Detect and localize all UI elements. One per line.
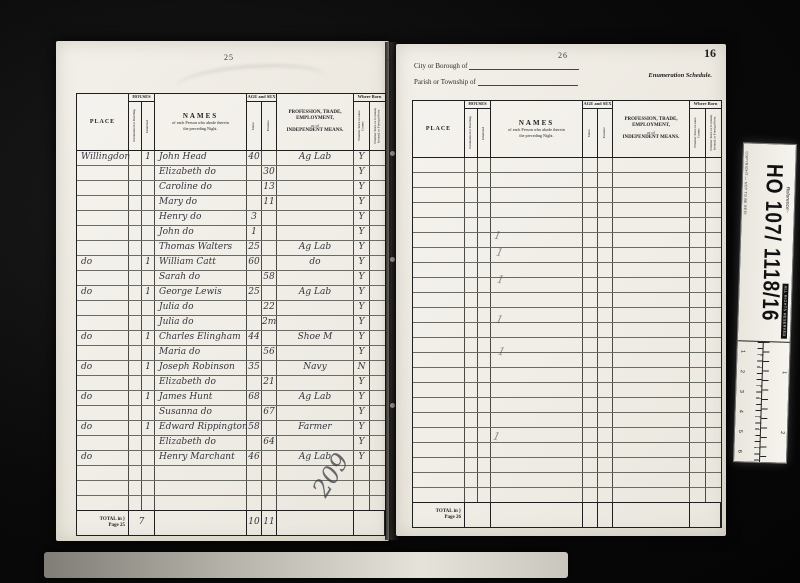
age-male-cell — [583, 338, 598, 352]
born-elsewhere-cell — [706, 173, 721, 187]
total-females-value — [598, 503, 613, 527]
profession-cell: Shoe M — [277, 331, 354, 345]
age-female-cell — [598, 428, 613, 442]
total-label-l2: Page 26 — [444, 515, 461, 522]
header-born-county-label: Whether Born in same County — [694, 113, 701, 153]
inhabited-cell — [478, 443, 491, 457]
census-record-row: do1Edward Rippington58FarmerY — [77, 421, 385, 436]
uninhabited-cell — [129, 301, 142, 315]
inhabited-cell — [142, 451, 155, 465]
age-female-cell — [598, 248, 613, 262]
folio-number: 16 — [704, 46, 716, 61]
total-label: TOTAL in } Page 25 — [77, 511, 129, 535]
header-profession: PROFESSION, TRADE, EMPLOYMENT, or of IND… — [613, 101, 690, 157]
inhabited-cell — [142, 316, 155, 330]
name-cell: John do — [155, 226, 247, 240]
age-female-cell — [262, 466, 277, 480]
age-male-cell: 40 — [247, 151, 262, 165]
inhabited-cell — [142, 481, 155, 495]
total-houses-value: 7 — [129, 511, 155, 535]
enumeration-schedule-label: Enumeration Schedule. — [648, 72, 712, 79]
inhabited-cell — [478, 473, 491, 487]
place-cell: do — [77, 421, 129, 435]
name-cell: Julia do — [155, 301, 247, 315]
inhabited-cell — [478, 308, 491, 322]
header-inhabited-label: Inhabited — [482, 127, 486, 140]
profession-cell — [613, 248, 690, 262]
registration-dash-mark: = — [388, 296, 393, 306]
census-page-right: 26 16 City or Borough of Parish or Towns… — [396, 44, 726, 536]
age-male-cell: 44 — [247, 331, 262, 345]
born-elsewhere-cell — [706, 203, 721, 217]
profession-cell — [613, 413, 690, 427]
born-elsewhere-cell — [370, 271, 385, 285]
age-male-cell — [583, 203, 598, 217]
profession-cell — [613, 278, 690, 292]
age-male-cell — [247, 166, 262, 180]
age-female-cell: 64 — [262, 436, 277, 450]
strip-ruler: 12 123456 — [734, 340, 790, 463]
age-male-cell — [583, 473, 598, 487]
born-elsewhere-cell — [706, 278, 721, 292]
age-female-cell — [262, 481, 277, 495]
census-record-row — [413, 413, 721, 428]
born-elsewhere-cell — [706, 248, 721, 262]
census-record-row: Mary do11Y — [77, 196, 385, 211]
name-cell: Caroline do — [155, 181, 247, 195]
header-age-sex: AGE and SEX Males Females — [247, 94, 277, 150]
name-cell — [491, 398, 583, 412]
uninhabited-cell — [129, 196, 142, 210]
born-county-cell — [690, 428, 706, 442]
uninhabited-cell — [465, 203, 478, 217]
total-born-spacer — [690, 503, 721, 527]
place-cell — [77, 376, 129, 390]
census-record-row — [413, 458, 721, 473]
name-cell — [491, 203, 583, 217]
name-cell: George Lewis — [155, 286, 247, 300]
inhabited-cell — [478, 218, 491, 232]
total-males-value — [583, 503, 598, 527]
age-female-cell — [598, 233, 613, 247]
age-female-cell — [598, 263, 613, 277]
header-males-label: Males — [588, 129, 592, 137]
header-females-label: Females — [603, 127, 607, 138]
census-record-row — [413, 323, 721, 338]
place-cell: do — [77, 256, 129, 270]
header-age-sex-label: AGE and SEX — [583, 101, 612, 109]
profession-cell — [277, 166, 354, 180]
inhabited-cell — [142, 466, 155, 480]
census-record-row — [413, 158, 721, 173]
age-female-cell — [598, 383, 613, 397]
profession-cell — [613, 308, 690, 322]
born-elsewhere-cell — [370, 316, 385, 330]
profession-cell — [277, 181, 354, 195]
header-place: PLACE — [413, 101, 465, 157]
inhabited-cell — [478, 158, 491, 172]
born-elsewhere-cell — [370, 211, 385, 225]
profession-cell — [613, 353, 690, 367]
age-female-cell — [262, 211, 277, 225]
name-cell — [491, 353, 583, 367]
age-male-cell — [247, 271, 262, 285]
inhabited-cell: 1 — [142, 391, 155, 405]
age-female-cell — [598, 293, 613, 307]
age-male-cell — [583, 398, 598, 412]
profession-cell — [613, 263, 690, 277]
age-male-cell — [583, 188, 598, 202]
parish-township-line: Parish or Township of — [414, 78, 578, 86]
born-elsewhere-cell — [370, 406, 385, 420]
film-reference-strip: Reference:- HO 107/ 1118/16 ALL RIGHTS R… — [733, 142, 797, 464]
age-male-cell — [583, 293, 598, 307]
place-cell — [413, 203, 465, 217]
name-cell: James Hunt — [155, 391, 247, 405]
inhabited-cell — [142, 271, 155, 285]
inhabited-cell — [478, 248, 491, 262]
profession-cell — [613, 158, 690, 172]
born-elsewhere-cell — [370, 481, 385, 495]
place-cell — [413, 368, 465, 382]
age-male-cell: 58 — [247, 421, 262, 435]
inhabited-cell: 1 — [142, 286, 155, 300]
born-elsewhere-cell — [370, 241, 385, 255]
census-record-row: do1George Lewis25Ag LabY — [77, 286, 385, 301]
header-profession: PROFESSION, TRADE, EMPLOYMENT, or of IND… — [277, 94, 354, 150]
name-cell — [491, 248, 583, 262]
born-county-cell — [690, 443, 706, 457]
uninhabited-cell — [129, 166, 142, 180]
born-county-cell — [690, 353, 706, 367]
place-cell — [413, 338, 465, 352]
uninhabited-cell — [465, 458, 478, 472]
profession-cell — [613, 488, 690, 502]
age-female-cell — [262, 361, 277, 375]
age-male-cell — [583, 458, 598, 472]
born-county-cell — [690, 278, 706, 292]
census-record-row: Henry do3Y — [77, 211, 385, 226]
ruler-number: 2 — [779, 431, 785, 434]
census-record-row: do1William Catt60doY — [77, 256, 385, 271]
born-county-cell: Y — [354, 436, 370, 450]
uninhabited-cell — [129, 226, 142, 240]
name-cell — [491, 488, 583, 502]
header-born-elsewhere-label: Whether Born in Scotland, Ireland, or Fo… — [374, 106, 381, 146]
profession-cell — [277, 496, 354, 510]
name-cell — [491, 293, 583, 307]
uninhabited-cell — [465, 158, 478, 172]
header-profession-l4: INDEPENDENT MEANS. — [287, 128, 344, 134]
place-cell — [413, 398, 465, 412]
census-record-row — [413, 173, 721, 188]
uninhabited-cell — [465, 308, 478, 322]
ruler-number: 5 — [737, 430, 743, 433]
uninhabited-cell — [129, 241, 142, 255]
born-county-cell: Y — [354, 211, 370, 225]
parish-township-label: Parish or Township of — [414, 78, 476, 86]
profession-cell — [613, 338, 690, 352]
profession-cell — [613, 233, 690, 247]
profession-cell — [277, 406, 354, 420]
inhabited-cell — [478, 458, 491, 472]
name-cell: Edward Rippington — [155, 421, 247, 435]
born-county-cell — [690, 323, 706, 337]
age-male-cell — [247, 196, 262, 210]
uninhabited-cell — [129, 181, 142, 195]
inhabited-cell — [478, 413, 491, 427]
age-female-cell — [598, 338, 613, 352]
census-record-row: Elizabeth do64Y — [77, 436, 385, 451]
inhabited-cell — [142, 166, 155, 180]
place-cell — [413, 458, 465, 472]
born-elsewhere-cell — [706, 368, 721, 382]
ruler-number: 1 — [739, 350, 745, 353]
age-male-cell — [583, 308, 598, 322]
age-male-cell — [583, 443, 598, 457]
age-male-cell — [583, 278, 598, 292]
uninhabited-cell — [465, 383, 478, 397]
age-female-cell: 56 — [262, 346, 277, 360]
census-record-row — [413, 203, 721, 218]
census-record-row — [413, 308, 721, 323]
uninhabited-cell — [465, 443, 478, 457]
name-cell: Henry do — [155, 211, 247, 225]
name-cell — [491, 413, 583, 427]
age-male-cell — [583, 218, 598, 232]
inhabited-cell — [142, 196, 155, 210]
binding-hole — [390, 257, 395, 262]
born-elsewhere-cell — [706, 488, 721, 502]
place-cell — [77, 436, 129, 450]
place-cell: do — [77, 361, 129, 375]
age-male-cell — [247, 376, 262, 390]
born-county-cell: Y — [354, 406, 370, 420]
profession-cell — [613, 473, 690, 487]
name-cell: Henry Marchant — [155, 451, 247, 465]
born-county-cell: Y — [354, 151, 370, 165]
name-cell — [491, 458, 583, 472]
inhabited-cell — [478, 278, 491, 292]
age-female-cell — [598, 203, 613, 217]
born-county-cell: Y — [354, 376, 370, 390]
profession-cell — [613, 383, 690, 397]
inhabited-cell — [478, 428, 491, 442]
inhabited-cell — [478, 338, 491, 352]
inhabited-cell — [478, 233, 491, 247]
ruler-number: 6 — [736, 450, 742, 453]
age-female-cell — [598, 218, 613, 232]
age-male-cell: 46 — [247, 451, 262, 465]
age-female-cell: 22 — [262, 301, 277, 315]
name-cell: Susanna do — [155, 406, 247, 420]
born-elsewhere-cell — [706, 233, 721, 247]
place-cell — [413, 323, 465, 337]
uninhabited-cell — [129, 481, 142, 495]
uninhabited-cell — [129, 331, 142, 345]
place-cell: do — [77, 331, 129, 345]
city-borough-label: City or Borough of — [414, 62, 467, 70]
header-where-born-label: Where Born — [690, 101, 721, 109]
lower-page-edge — [44, 552, 568, 578]
age-male-cell: 25 — [247, 241, 262, 255]
born-county-cell — [690, 308, 706, 322]
census-record-row — [413, 278, 721, 293]
age-male-cell — [583, 368, 598, 382]
born-county-cell — [354, 481, 370, 495]
inhabited-cell — [478, 398, 491, 412]
age-male-cell — [247, 481, 262, 495]
header-uninhabited-label: Uninhabited or Building — [469, 116, 473, 149]
profession-cell — [277, 376, 354, 390]
census-record-row — [413, 443, 721, 458]
ruler-cm-scale: 123456 — [734, 341, 764, 462]
age-female-cell — [598, 368, 613, 382]
age-female-cell — [598, 488, 613, 502]
uninhabited-cell — [129, 361, 142, 375]
inhabited-cell — [478, 488, 491, 502]
profession-cell — [277, 226, 354, 240]
born-county-cell — [354, 466, 370, 480]
born-county-cell — [354, 496, 370, 510]
age-female-cell: 67 — [262, 406, 277, 420]
place-cell — [413, 173, 465, 187]
page-number-left: 25 — [224, 53, 234, 62]
born-elsewhere-cell — [370, 391, 385, 405]
inhabited-cell — [478, 173, 491, 187]
place-cell — [77, 301, 129, 315]
name-cell: Joseph Robinson — [155, 361, 247, 375]
born-county-cell: Y — [354, 241, 370, 255]
profession-cell: Farmer — [277, 421, 354, 435]
age-female-cell — [262, 331, 277, 345]
inhabited-cell — [142, 376, 155, 390]
profession-cell — [613, 293, 690, 307]
total-houses-value — [465, 503, 491, 527]
born-county-cell: Y — [354, 346, 370, 360]
census-record-row: Elizabeth do21Y — [77, 376, 385, 391]
uninhabited-cell — [465, 353, 478, 367]
born-county-cell — [690, 218, 706, 232]
total-born-spacer — [354, 511, 385, 535]
uninhabited-cell — [465, 338, 478, 352]
total-label-l2: Page 25 — [108, 523, 125, 530]
census-record-row — [413, 488, 721, 502]
born-county-cell — [690, 413, 706, 427]
born-elsewhere-cell — [370, 181, 385, 195]
census-record-row — [413, 188, 721, 203]
inhabited-cell — [478, 383, 491, 397]
born-elsewhere-cell — [370, 466, 385, 480]
place-cell — [77, 271, 129, 285]
born-county-cell — [690, 188, 706, 202]
inhabited-cell — [142, 301, 155, 315]
census-record-row: Caroline do13Y — [77, 181, 385, 196]
age-female-cell: 58 — [262, 271, 277, 285]
uninhabited-cell — [465, 428, 478, 442]
born-county-cell: Y — [354, 226, 370, 240]
place-cell — [413, 353, 465, 367]
header-houses-label: HOUSES — [129, 94, 154, 102]
age-female-cell — [598, 413, 613, 427]
inhabited-cell: 1 — [142, 331, 155, 345]
born-elsewhere-cell — [370, 361, 385, 375]
census-record-row: Elizabeth do30Y — [77, 166, 385, 181]
name-cell — [155, 481, 247, 495]
uninhabited-cell — [129, 451, 142, 465]
table-header: PLACE HOUSES Uninhabited or Building Inh… — [77, 94, 385, 151]
uninhabited-cell — [465, 173, 478, 187]
ruler-number: 4 — [738, 410, 744, 413]
header-names-sub2: the preceding Night. — [519, 133, 553, 139]
age-male-cell — [583, 353, 598, 367]
inhabited-cell — [142, 496, 155, 510]
place-cell — [413, 263, 465, 277]
name-cell: Charles Elingham — [155, 331, 247, 345]
born-county-cell: Y — [354, 421, 370, 435]
name-cell: Maria do — [155, 346, 247, 360]
inhabited-cell — [478, 293, 491, 307]
total-profession-spacer — [613, 503, 690, 527]
name-cell — [491, 443, 583, 457]
born-elsewhere-cell — [706, 383, 721, 397]
born-county-cell: Y — [354, 286, 370, 300]
born-elsewhere-cell — [370, 196, 385, 210]
header-houses: HOUSES Uninhabited or Building Inhabited — [465, 101, 491, 157]
uninhabited-cell — [465, 323, 478, 337]
place-cell — [413, 278, 465, 292]
profession-cell — [613, 443, 690, 457]
profession-cell — [613, 458, 690, 472]
census-record-row — [413, 263, 721, 278]
age-female-cell: 21 — [262, 376, 277, 390]
total-males-value: 10 — [247, 511, 262, 535]
age-female-cell — [598, 398, 613, 412]
census-record-row: Sarah do58Y — [77, 271, 385, 286]
born-county-cell: Y — [354, 166, 370, 180]
born-elsewhere-cell — [706, 218, 721, 232]
inhabited-cell — [142, 211, 155, 225]
uninhabited-cell — [129, 466, 142, 480]
born-elsewhere-cell — [706, 353, 721, 367]
total-name-spacer — [491, 503, 583, 527]
profession-cell — [277, 211, 354, 225]
born-elsewhere-cell — [370, 301, 385, 315]
place-cell — [413, 383, 465, 397]
ruler-number: 1 — [781, 371, 787, 374]
census-record-row — [413, 473, 721, 488]
name-cell — [491, 173, 583, 187]
name-cell: Julia do — [155, 316, 247, 330]
born-elsewhere-cell — [370, 346, 385, 360]
inhabited-cell — [478, 188, 491, 202]
header-names-title: NAMES — [183, 112, 218, 120]
place-cell — [413, 158, 465, 172]
header-females-label: Females — [267, 120, 271, 131]
age-male-cell — [247, 466, 262, 480]
age-female-cell — [598, 188, 613, 202]
age-male-cell — [247, 436, 262, 450]
census-record-row — [413, 383, 721, 398]
profession-cell: Ag Lab — [277, 286, 354, 300]
census-record-row — [413, 398, 721, 413]
census-record-row: do1Charles Elingham44Shoe MY — [77, 331, 385, 346]
born-county-cell: Y — [354, 256, 370, 270]
inhabited-cell — [142, 226, 155, 240]
name-cell: Mary do — [155, 196, 247, 210]
inhabited-cell — [478, 263, 491, 277]
age-female-cell — [598, 443, 613, 457]
